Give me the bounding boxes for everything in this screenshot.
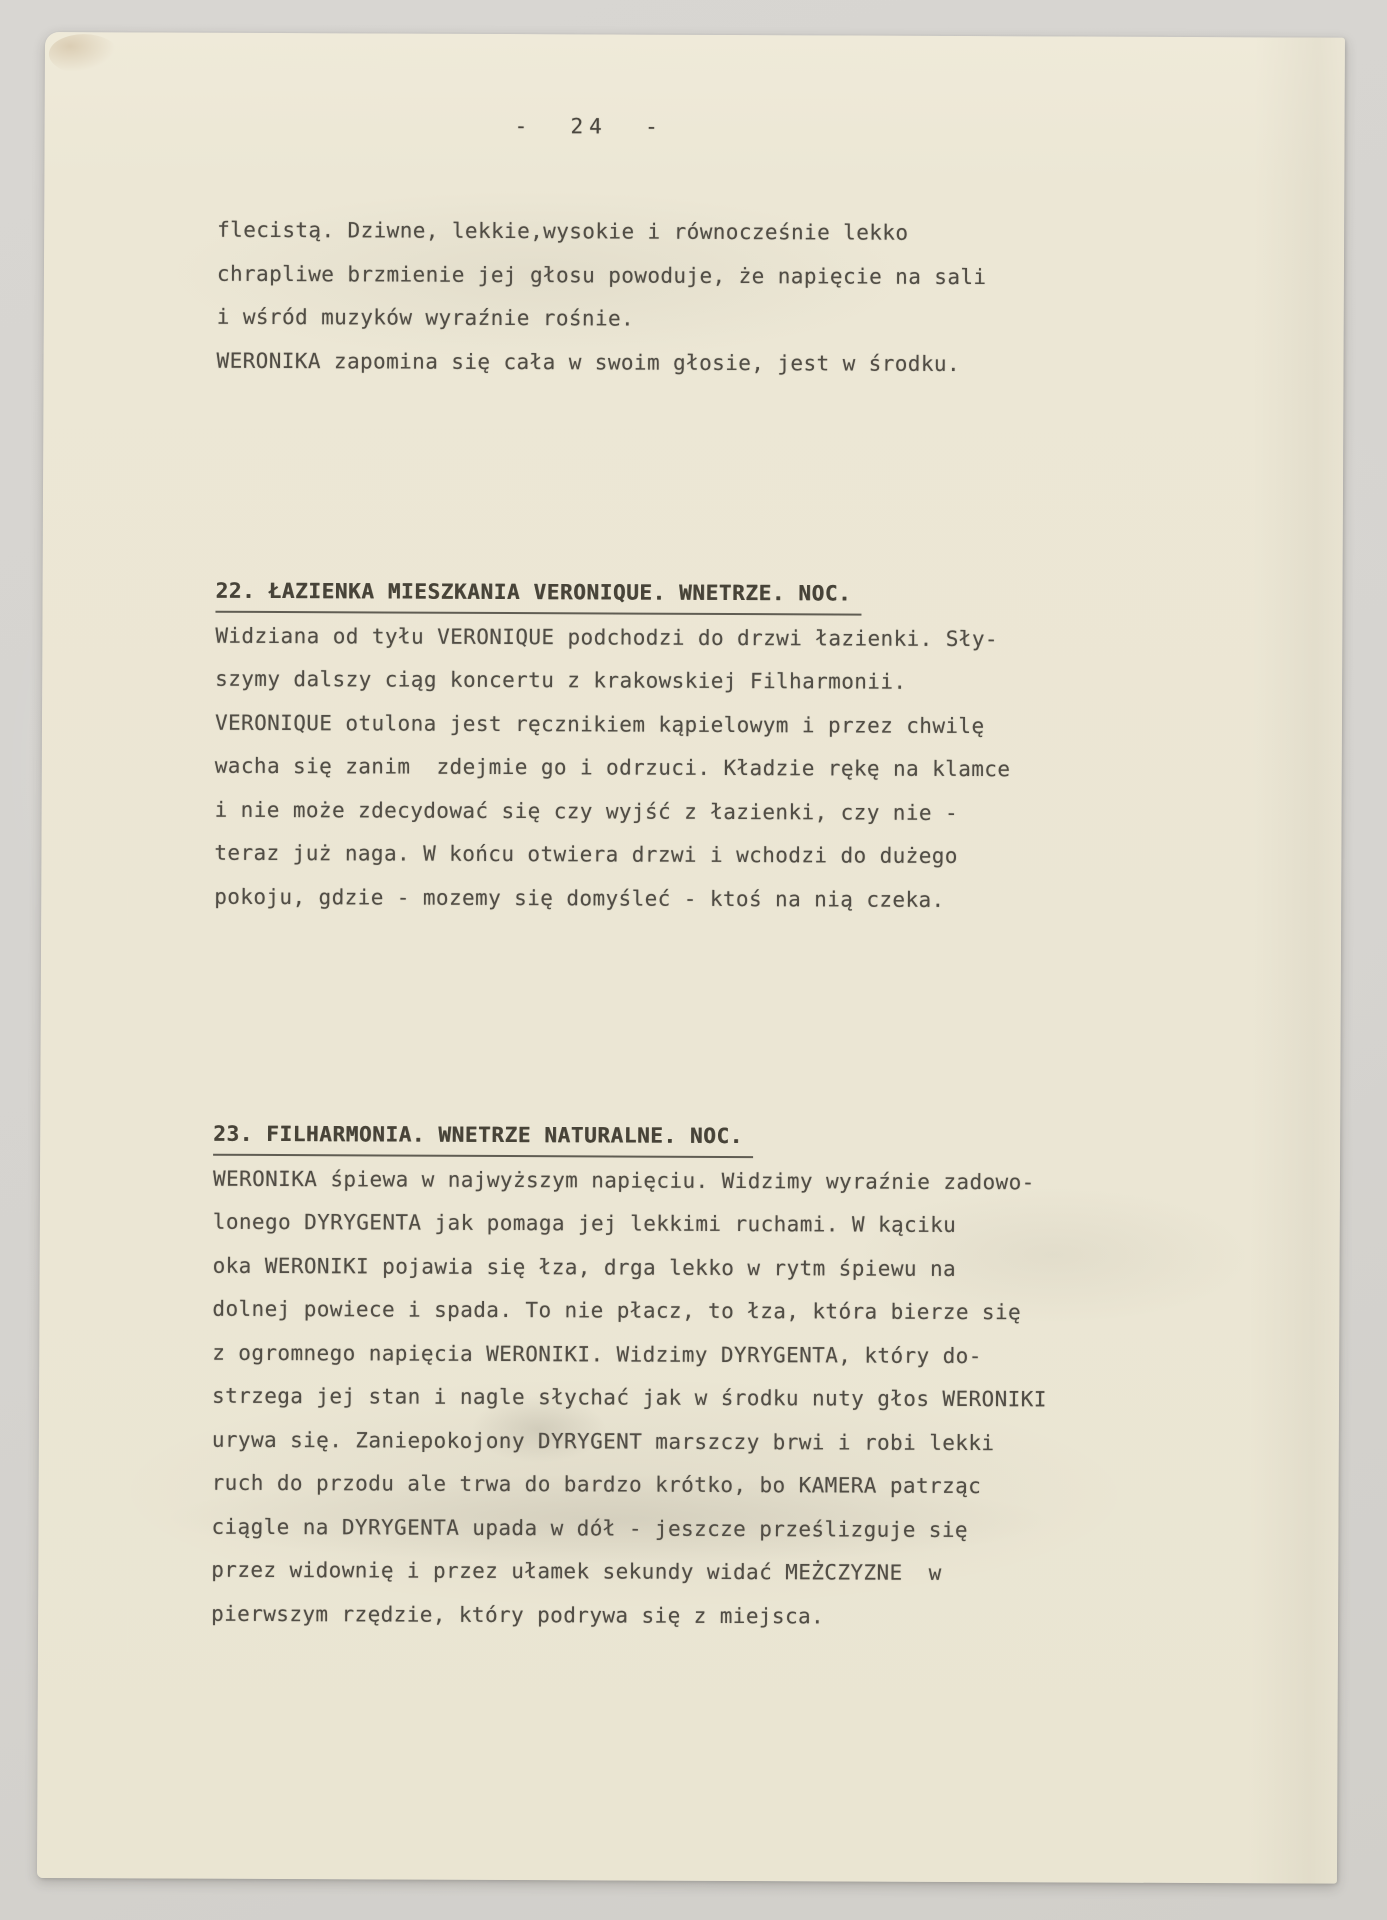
script-line: urywa się. Zaniepokojony DYRYGENT marszc… — [212, 1418, 1302, 1466]
script-line: Widziana od tyłu VERONIQUE podchodzi do … — [215, 614, 1305, 662]
script-line: WERONIKA śpiewa w najwyższym napięciu. W… — [213, 1157, 1303, 1205]
script-line: lonego DYRYGENTA jak pomaga jej lekkimi … — [213, 1201, 1303, 1249]
script-line: flecistą. Dziwne, lekkie,wysokie i równo… — [217, 209, 1307, 257]
scene-22-heading: 22. ŁAZIENKA MIESZKANIA VERONIQUE. WNETR… — [215, 571, 1305, 619]
script-line: pokoju, gdzie - mozemy się domyśleć - kt… — [214, 875, 1304, 923]
script-line: oka WERONIKI pojawia się łza, drga lekko… — [213, 1244, 1303, 1292]
scene-heading-text: 23. FILHARMONIA. WNETRZE NATURALNE. NOC. — [213, 1114, 753, 1158]
scene-22: 22. ŁAZIENKA MIESZKANIA VERONIQUE. WNETR… — [214, 571, 1306, 924]
script-line: wacha się zanim zdejmie go i odrzuci. Kł… — [215, 745, 1305, 793]
script-line: pierwszym rzędzie, który podrywa się z m… — [211, 1592, 1301, 1640]
script-line: WERONIKA zapomina się cała w swoim głosi… — [216, 339, 1306, 387]
paper-corner-stain — [49, 34, 119, 74]
script-line: VERONIQUE otulona jest ręcznikiem kąpiel… — [215, 701, 1305, 749]
intro-paragraph: flecistą. Dziwne, lekkie,wysokie i równo… — [216, 209, 1307, 388]
script-line: ruch do przodu ale trwa do bardzo krótko… — [212, 1462, 1302, 1510]
script-line: strzega jej stan i nagle słychać jak w ś… — [212, 1375, 1302, 1423]
page-content: flecistą. Dziwne, lekkie,wysokie i równo… — [211, 209, 1307, 1641]
scene-23-body: WERONIKA śpiewa w najwyższym napięciu. W… — [211, 1157, 1303, 1640]
script-line: z ogromnego napięcia WERONIKI. Widzimy D… — [212, 1331, 1302, 1379]
scene-23-heading: 23. FILHARMONIA. WNETRZE NATURALNE. NOC. — [213, 1114, 1303, 1162]
script-page: - 24 - flecistą. Dziwne, lekkie,wysokie … — [37, 32, 1345, 1884]
script-line: i wśród muzyków wyraźnie rośnie. — [217, 296, 1307, 344]
page-number: - 24 - — [515, 114, 664, 139]
scene-heading-text: 22. ŁAZIENKA MIESZKANIA VERONIQUE. WNETR… — [215, 571, 861, 616]
script-line: przez widownię i przez ułamek sekundy wi… — [211, 1549, 1301, 1597]
photo-backdrop: - 24 - flecistą. Dziwne, lekkie,wysokie … — [0, 0, 1387, 1920]
scene-22-body: Widziana od tyłu VERONIQUE podchodzi do … — [214, 614, 1305, 923]
script-line: ciągle na DYRYGENTA upada w dół - jeszcz… — [211, 1505, 1301, 1553]
script-line: szymy dalszy ciąg koncertu z krakowskiej… — [215, 658, 1305, 706]
script-line: teraz już naga. W końcu otwiera drzwi i … — [214, 832, 1304, 880]
script-line: dolnej powiece i spada. To nie płacz, to… — [212, 1288, 1302, 1336]
script-line: chrapliwe brzmienie jej głosu powoduje, … — [217, 252, 1307, 300]
script-line: i nie może zdecydować się czy wyjść z ła… — [215, 788, 1305, 836]
scene-23: 23. FILHARMONIA. WNETRZE NATURALNE. NOC.… — [211, 1114, 1303, 1641]
